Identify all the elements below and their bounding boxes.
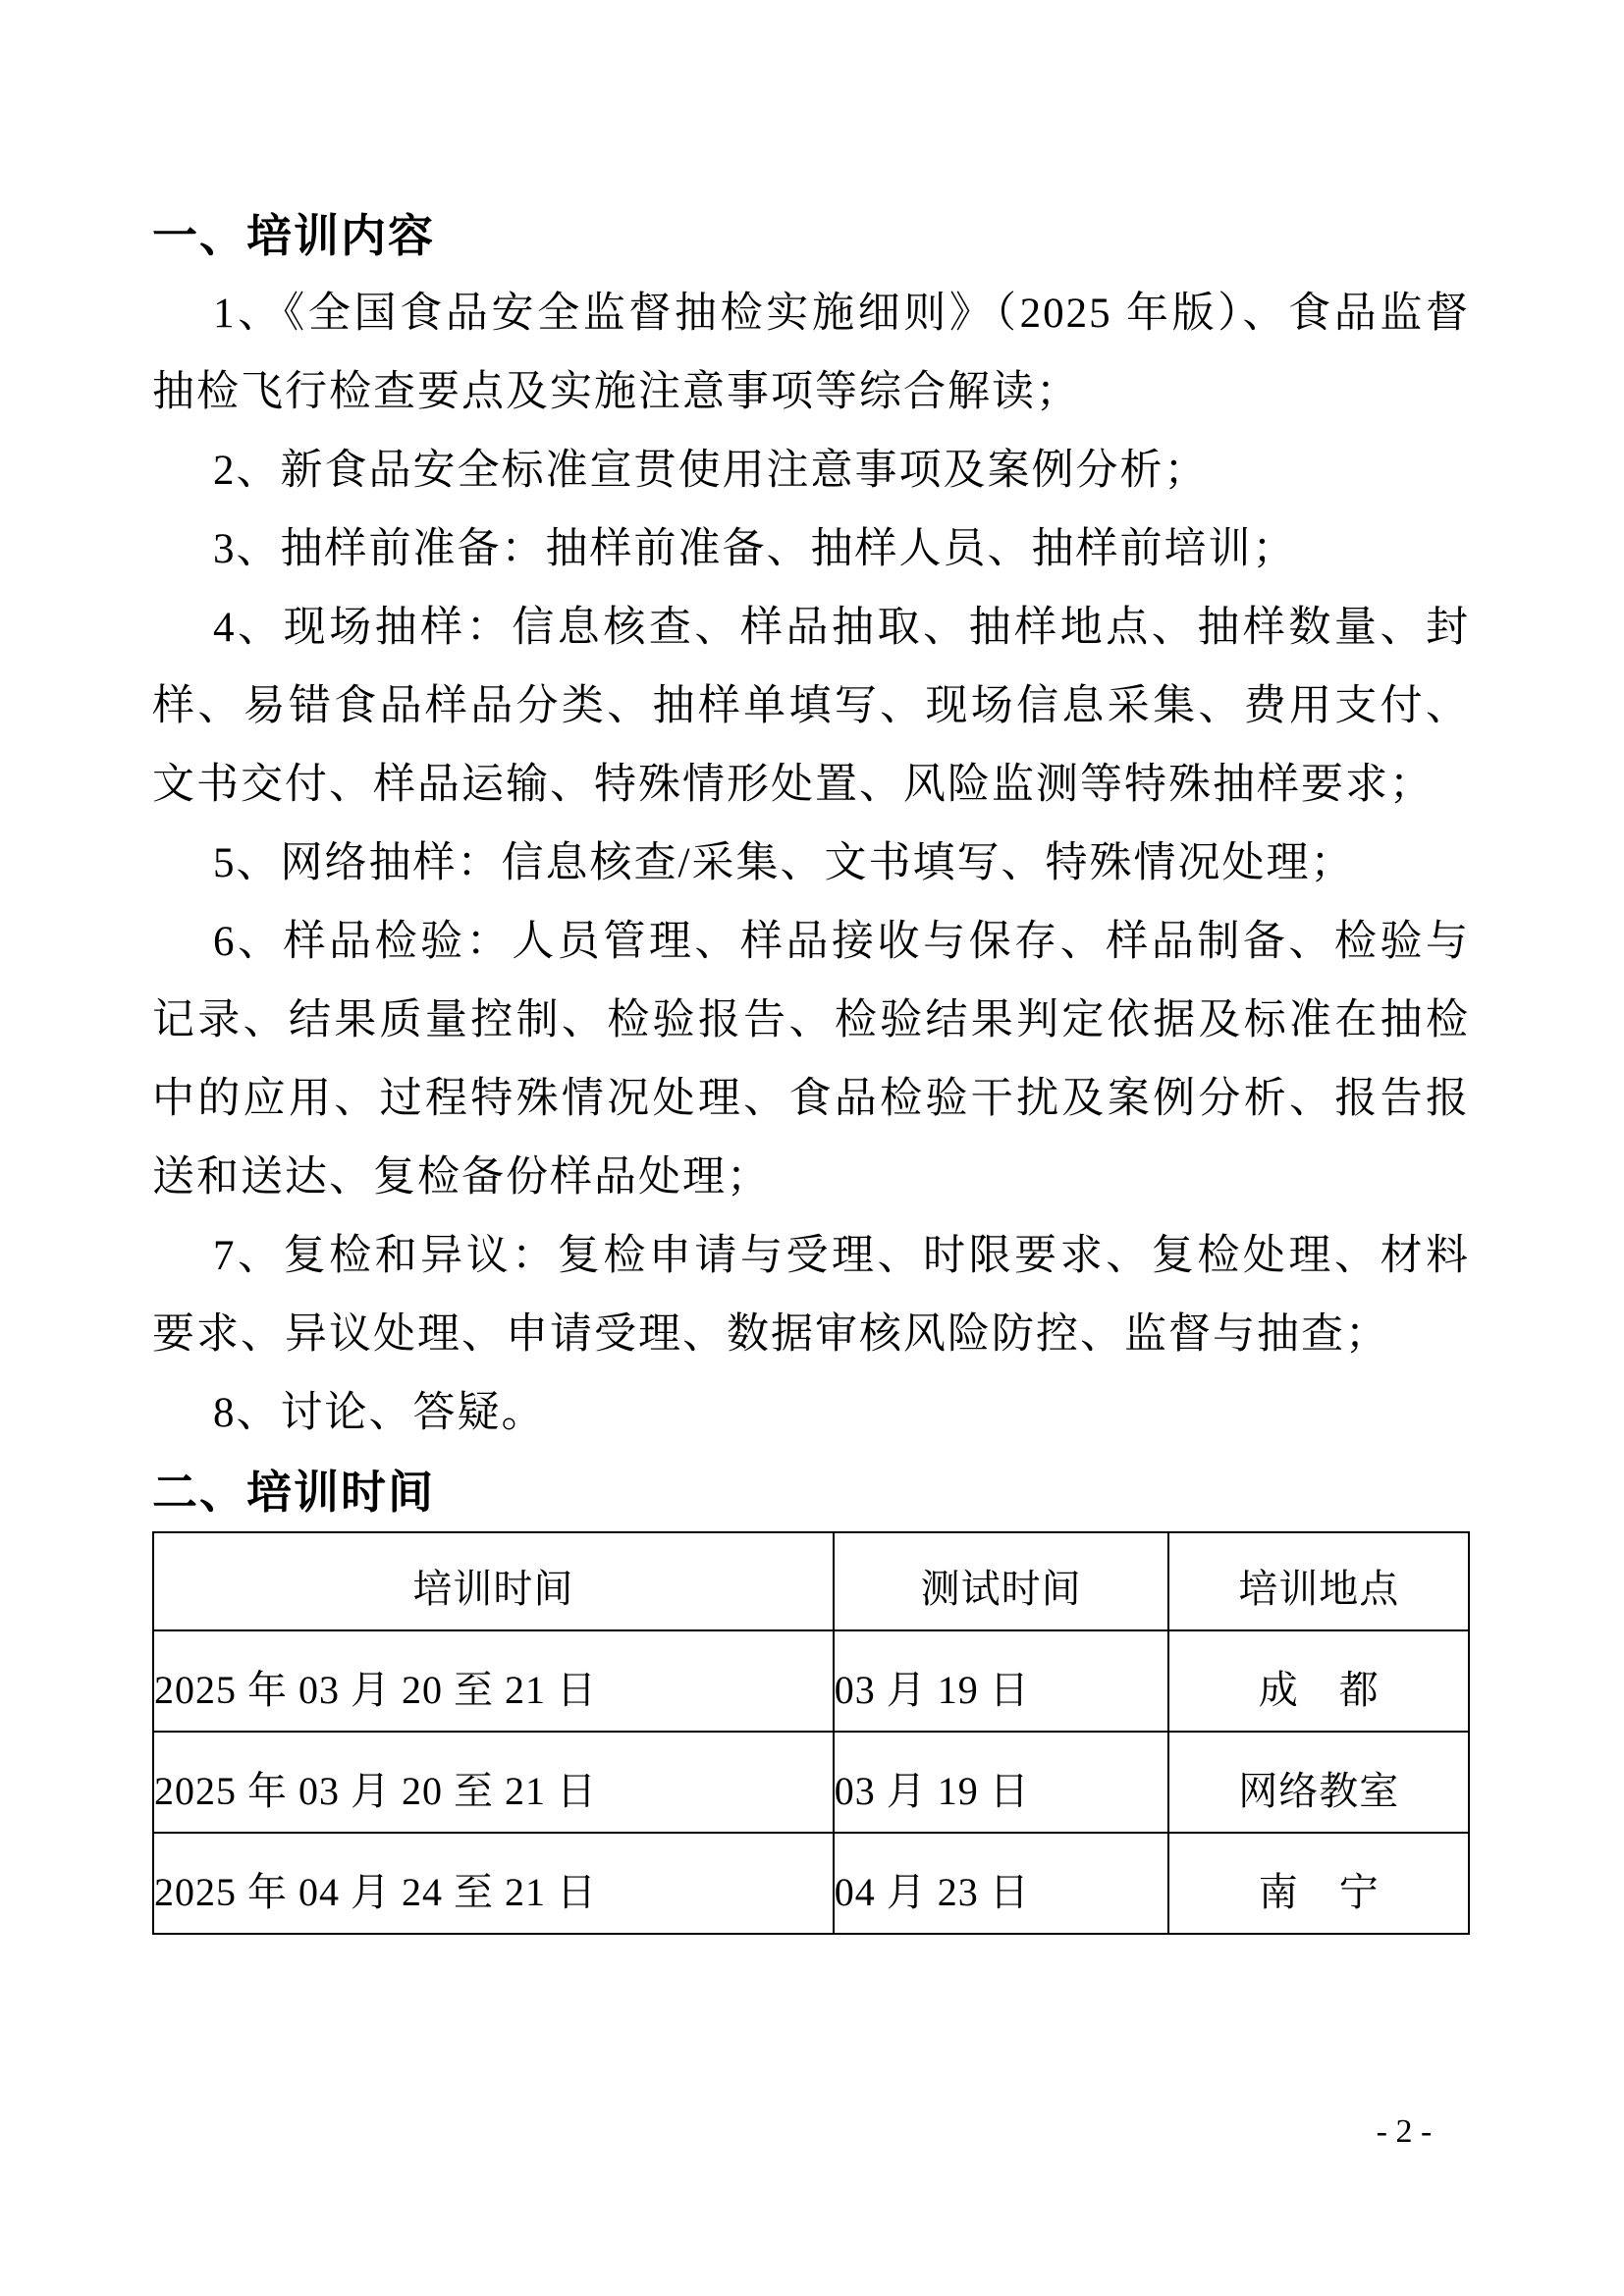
paragraph-item-8: 8、讨论、答疑。 [152, 1374, 1470, 1453]
paragraph-item-3: 3、抽样前准备：抽样前准备、抽样人员、抽样前培训； [152, 510, 1470, 589]
paragraph-item-4: 4、现场抽样：信息核查、样品抽取、抽样地点、抽样数量、封样、易错食品样品分类、抽… [152, 589, 1470, 825]
cell-location: 网络教室 [1168, 1732, 1469, 1833]
column-header-training-time: 培训时间 [153, 1532, 834, 1630]
paragraph-item-1: 1、《全国食品安全监督抽检实施细则》（2025 年版）、食品监督抽检飞行检查要点… [152, 275, 1470, 432]
document-body: 一、培训内容 1、《全国食品安全监督抽检实施细则》（2025 年版）、食品监督抽… [152, 196, 1470, 1935]
table-row: 2025 年 03 月 20 至 21 日 03 月 19 日 成 都 [153, 1630, 1469, 1732]
cell-test-time: 03 月 19 日 [834, 1732, 1169, 1833]
section-heading-training-time: 二、培训时间 [152, 1453, 1470, 1531]
cell-test-time: 03 月 19 日 [834, 1630, 1169, 1732]
cell-location: 成 都 [1168, 1630, 1469, 1732]
column-header-location: 培训地点 [1168, 1532, 1469, 1630]
column-header-test-time: 测试时间 [834, 1532, 1169, 1630]
cell-training-time: 2025 年 03 月 20 至 21 日 [153, 1732, 834, 1833]
paragraph-item-7: 7、复检和异议：复检申请与受理、时限要求、复检处理、材料要求、异议处理、申请受理… [152, 1217, 1470, 1374]
cell-location: 南 宁 [1168, 1833, 1469, 1934]
table-row: 2025 年 03 月 20 至 21 日 03 月 19 日 网络教室 [153, 1732, 1469, 1833]
document-page: 一、培训内容 1、《全国食品安全监督抽检实施细则》（2025 年版）、食品监督抽… [0, 0, 1624, 2296]
paragraph-item-5: 5、网络抽样：信息核查/采集、文书填写、特殊情况处理； [152, 825, 1470, 903]
paragraph-item-6: 6、样品检验：人员管理、样品接收与保存、样品制备、检验与记录、结果质量控制、检验… [152, 903, 1470, 1217]
cell-test-time: 04 月 23 日 [834, 1833, 1169, 1934]
cell-training-time: 2025 年 03 月 20 至 21 日 [153, 1630, 834, 1732]
schedule-header-row: 培训时间 测试时间 培训地点 [153, 1532, 1469, 1630]
cell-training-time: 2025 年 04 月 24 至 21 日 [153, 1833, 834, 1934]
page-number: - 2 - [1345, 2112, 1463, 2152]
table-row: 2025 年 04 月 24 至 21 日 04 月 23 日 南 宁 [153, 1833, 1469, 1934]
paragraph-item-2: 2、新食品安全标准宣贯使用注意事项及案例分析； [152, 432, 1470, 510]
schedule-table: 培训时间 测试时间 培训地点 2025 年 03 月 20 至 21 日 03 … [152, 1531, 1470, 1935]
section-heading-training-content: 一、培训内容 [152, 196, 1470, 275]
